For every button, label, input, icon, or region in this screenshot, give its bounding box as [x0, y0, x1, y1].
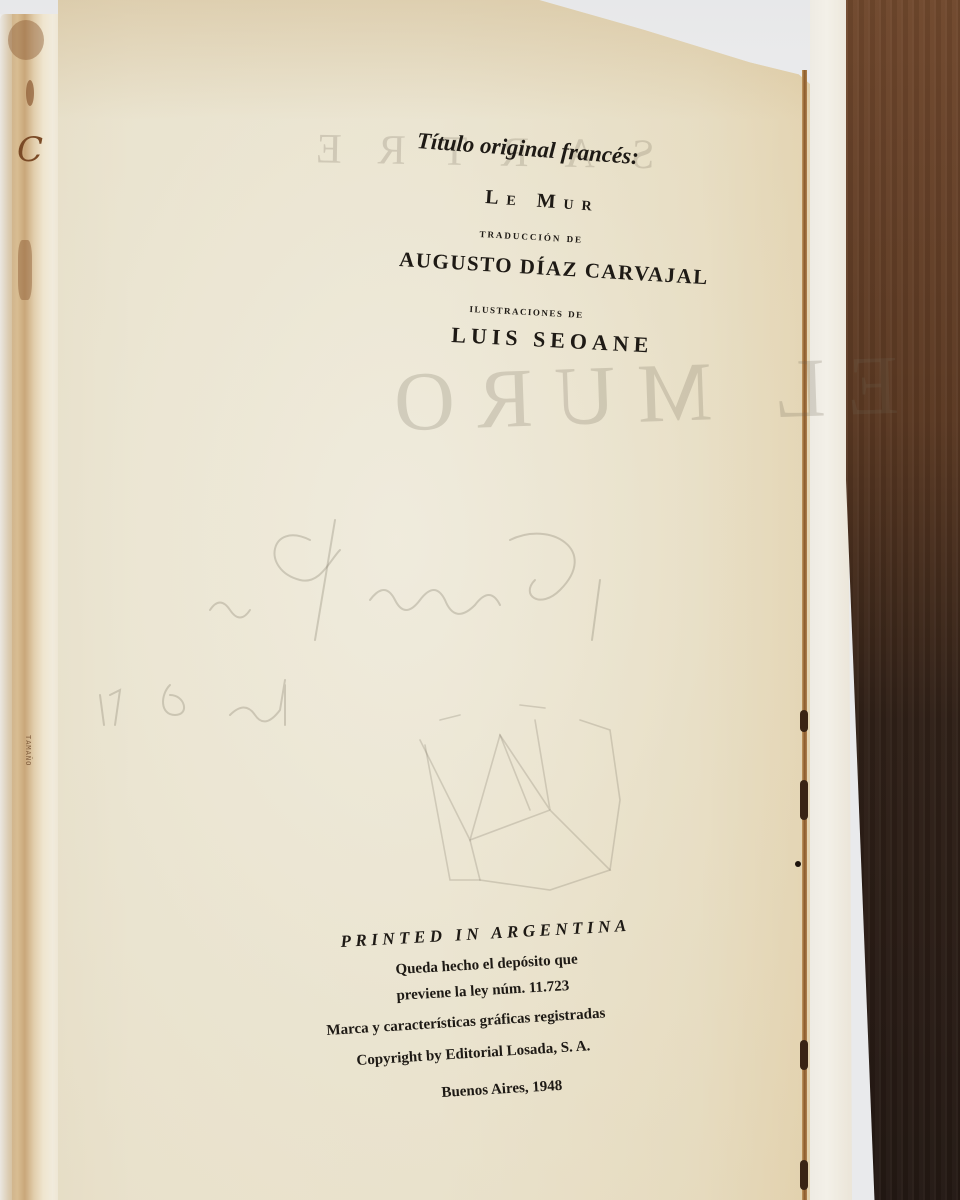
edge-spot [800, 780, 808, 820]
spine-glyph: C [17, 130, 43, 170]
edge-spot [800, 1160, 808, 1190]
ink-dot [795, 861, 801, 867]
spine-stain [26, 80, 34, 106]
page-block-edges [810, 0, 852, 1200]
spine-outer-edge [0, 14, 12, 1200]
spine-stain [8, 20, 44, 60]
edge-spot [800, 710, 808, 732]
cover-texture [846, 0, 960, 1200]
spine-stain [18, 240, 32, 300]
spine-stamp-text: TAMAÑO [22, 735, 32, 805]
page-fore-edge [802, 70, 807, 1200]
edge-spot [800, 1040, 808, 1070]
